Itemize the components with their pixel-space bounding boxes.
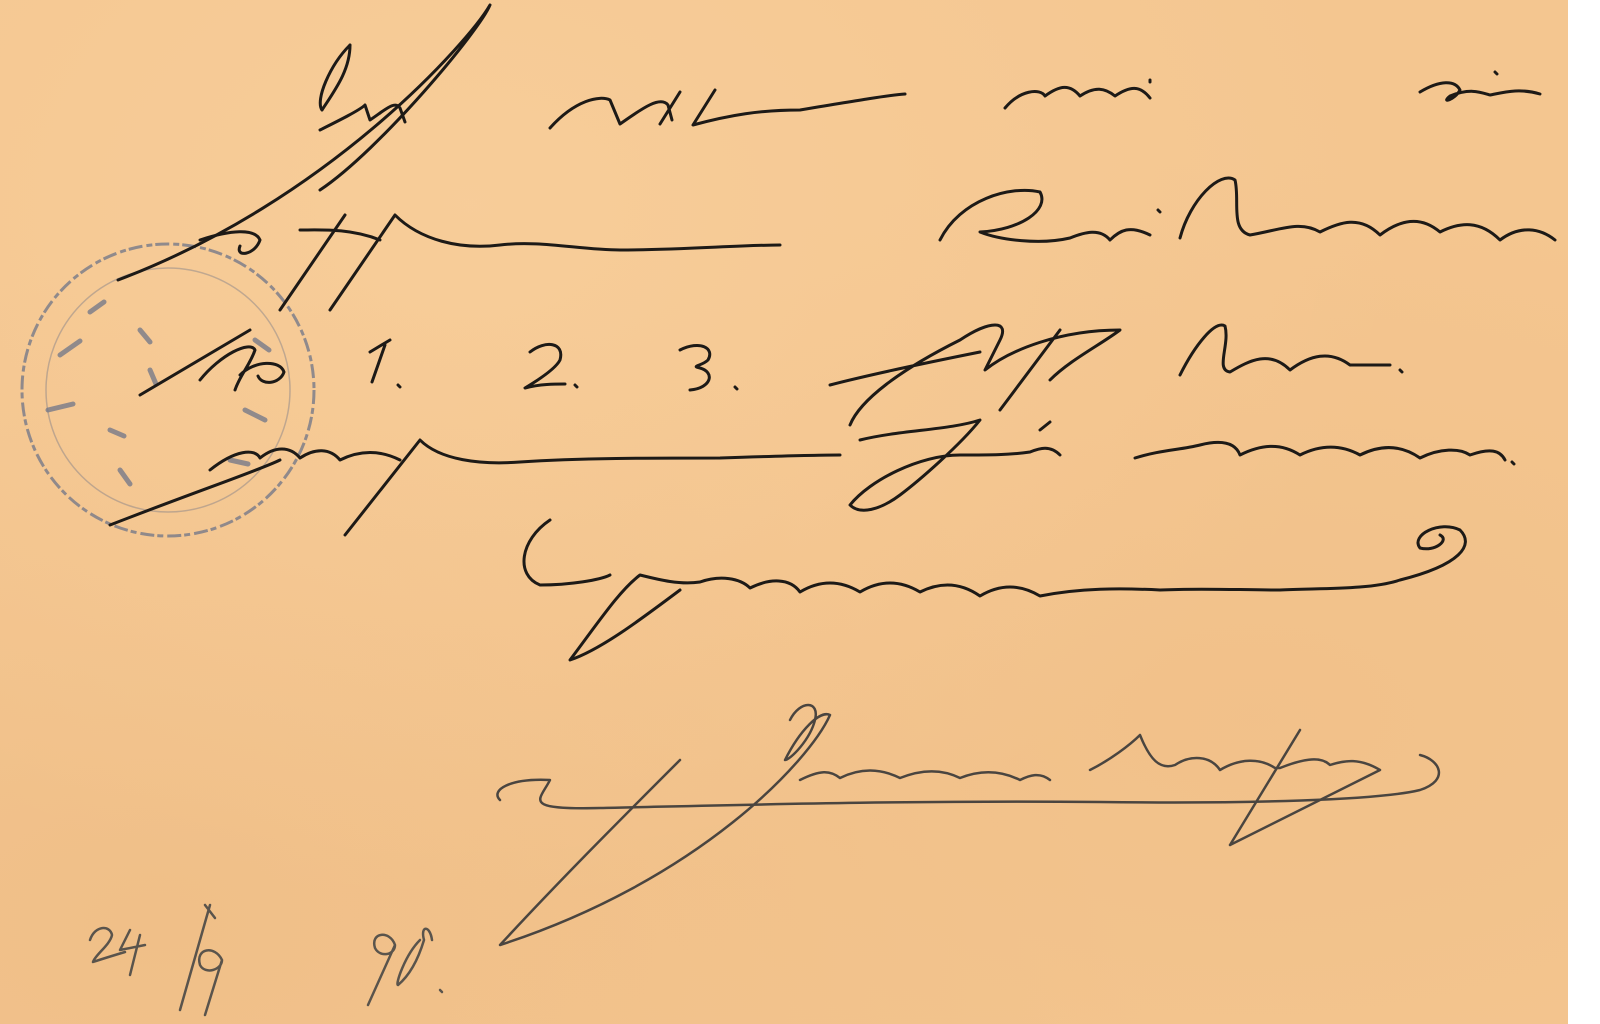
postmark-stamp: [22, 244, 314, 536]
handwriting-line-2: [200, 178, 1555, 310]
handwriting-line-4: [110, 420, 1514, 535]
date-annotation: [90, 905, 442, 1015]
scan-margin: [1568, 0, 1600, 1024]
handwriting-line-3: [140, 325, 1402, 425]
postcard-paper: Ich bitte mir die offerirten Reisbesen N…: [0, 0, 1568, 1024]
handwriting-layer: [0, 0, 1568, 1024]
handwriting-line-5: [524, 520, 1465, 660]
handwriting-line-1: [118, 5, 1540, 280]
signature: [497, 705, 1438, 945]
